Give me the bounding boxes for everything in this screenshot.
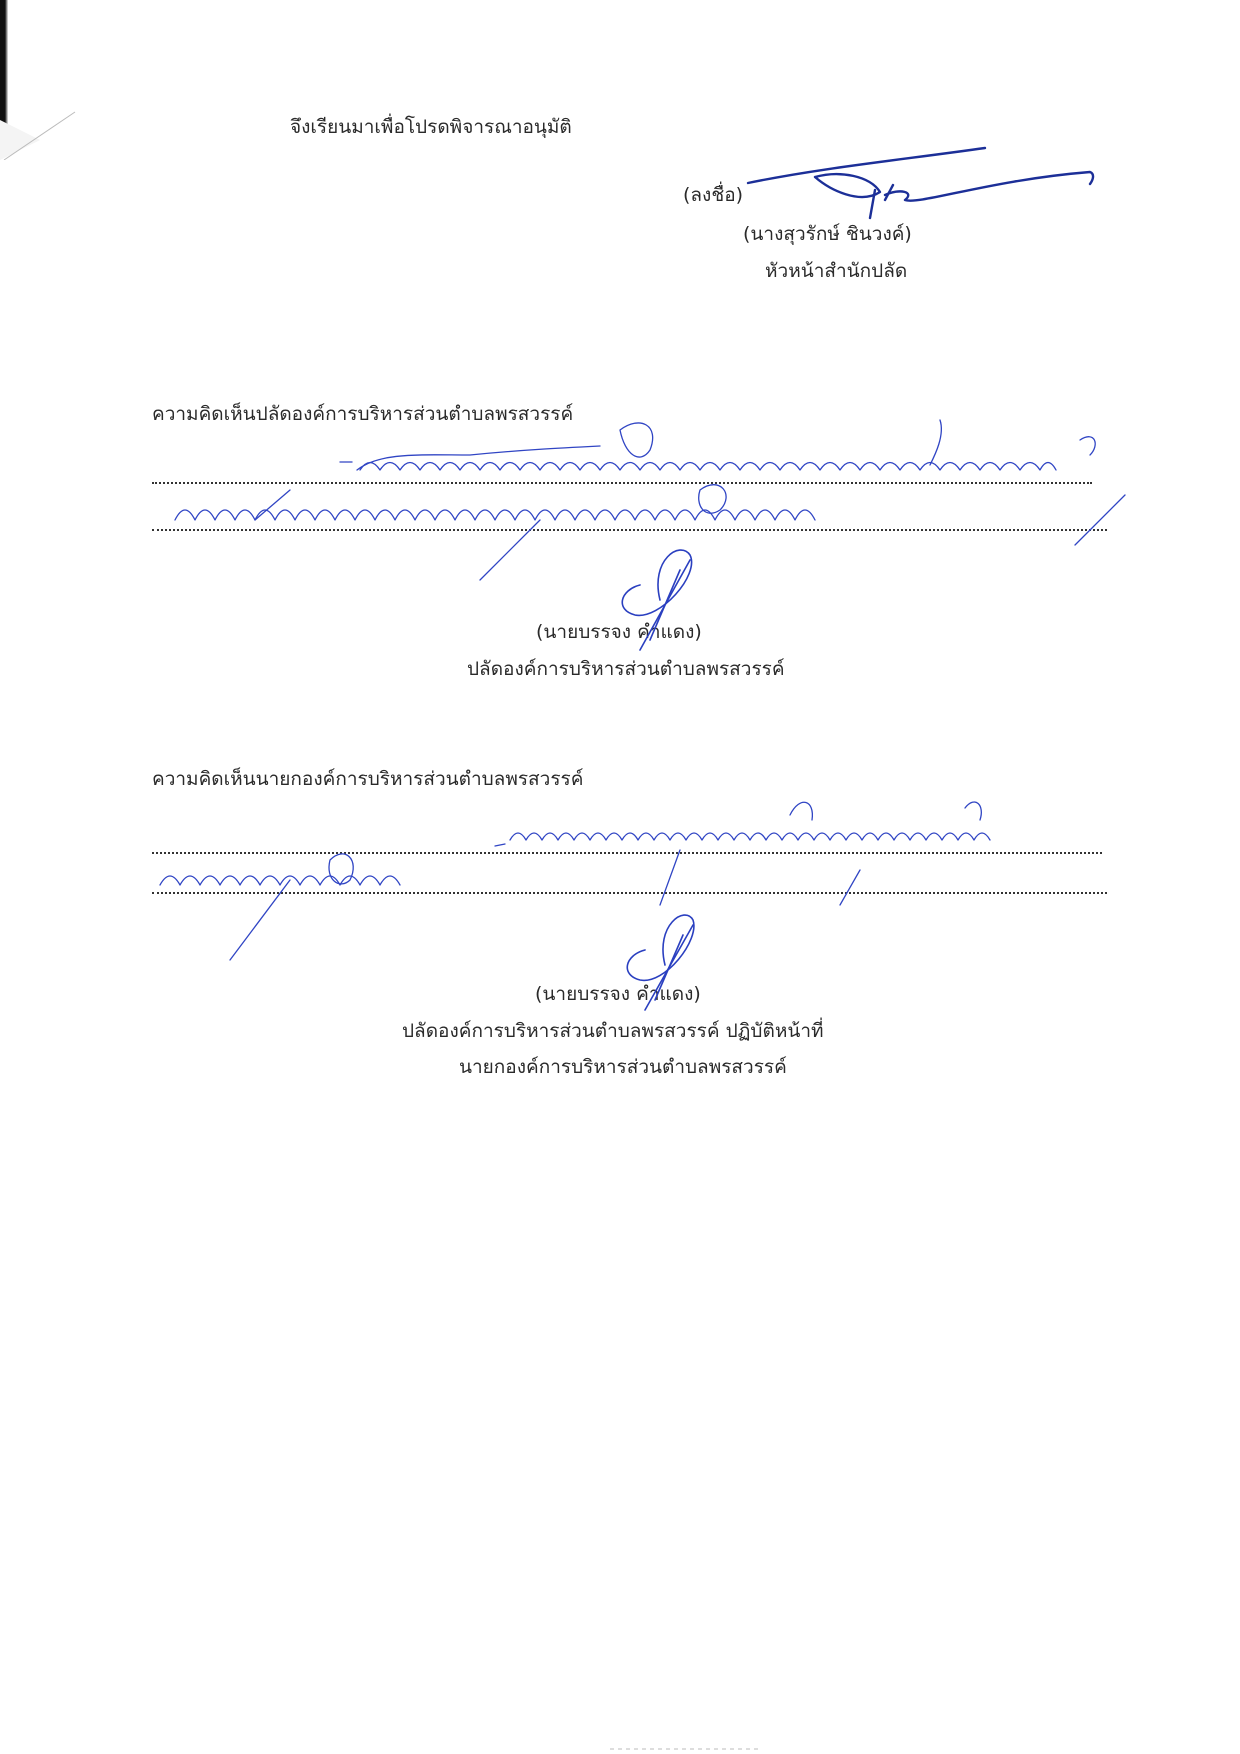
signatory-1-name: (นางสุวรักษ์ ชินวงค์) xyxy=(743,225,912,244)
opinion-2-signer-position-2: นายกองค์การบริหารส่วนตำบลพรสวรรค์ xyxy=(459,1058,787,1077)
opinion-2-signer-name: (นายบรรจง คำแดง) xyxy=(535,985,701,1004)
opinion-2-heading: ความคิดเห็นนายกองค์การบริหารส่วนตำบลพรสว… xyxy=(152,770,583,789)
sign-label: (ลงชื่อ) xyxy=(683,186,743,205)
scan-corner-fold xyxy=(0,80,80,160)
closing-request: จึงเรียนมาเพื่อโปรดพิจารณาอนุมัติ xyxy=(290,118,572,137)
opinion-1-line-1 xyxy=(152,482,1092,484)
opinion-1-heading: ความคิดเห็นปลัดองค์การบริหารส่วนตำบลพรสว… xyxy=(152,405,573,424)
opinion-2-line-1 xyxy=(152,852,1102,854)
handwriting-layer xyxy=(0,0,1240,1754)
opinion-1-line-2 xyxy=(152,529,1107,531)
signature-1 xyxy=(748,148,1093,218)
opinion-1-signer-position: ปลัดองค์การบริหารส่วนตำบลพรสวรรค์ xyxy=(467,660,785,679)
scan-artifact xyxy=(610,1748,760,1750)
opinion-2-line-2 xyxy=(152,892,1107,894)
handwritten-note-1 xyxy=(175,420,1125,580)
opinion-2-signer-position-1: ปลัดองค์การบริหารส่วนตำบลพรสวรรค์ ปฏิบัต… xyxy=(402,1022,824,1041)
signatory-1-position: หัวหน้าสำนักปลัด xyxy=(765,262,907,281)
handwritten-note-2 xyxy=(160,802,990,960)
opinion-1-signer-name: (นายบรรจง คำแดง) xyxy=(536,623,702,642)
